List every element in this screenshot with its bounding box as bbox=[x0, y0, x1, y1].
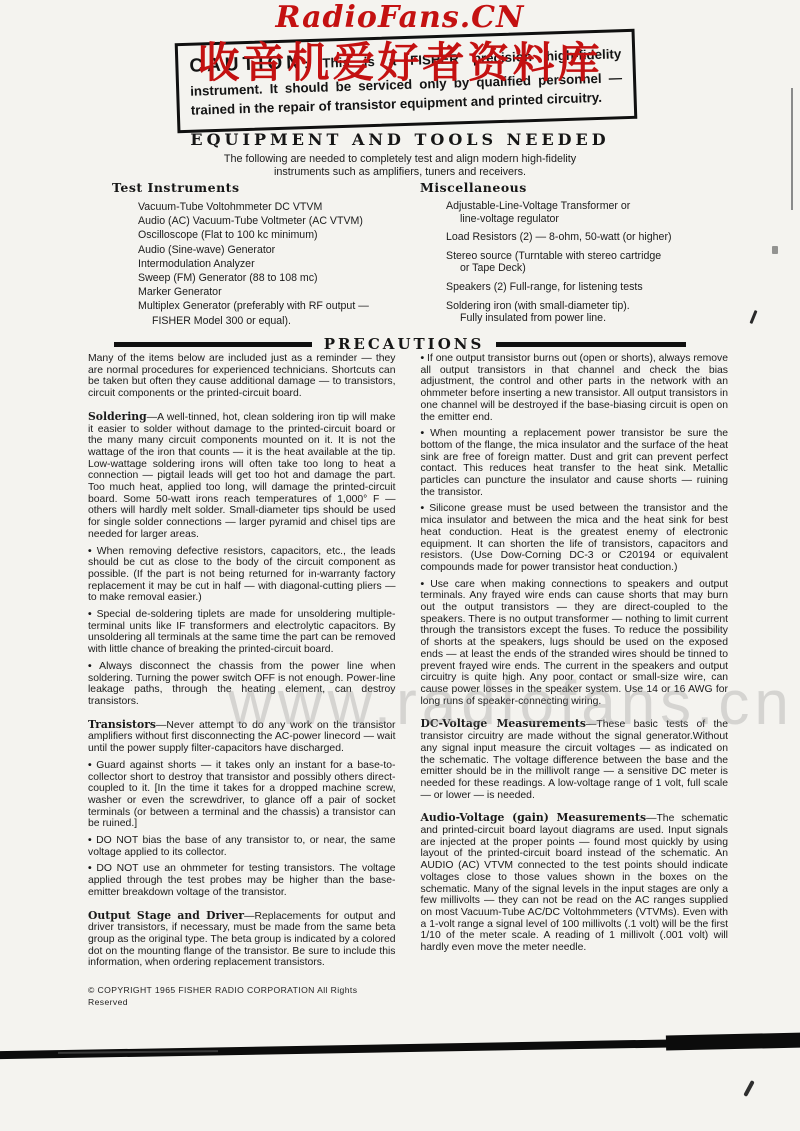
precaution-paragraph: Soldering—A well-tinned, hot, clean sold… bbox=[88, 411, 396, 541]
precautions-title: PRECAUTIONS bbox=[324, 335, 485, 353]
paragraph-lead: Audio-Voltage (gain) Measurements bbox=[421, 811, 647, 824]
bullet-icon: • bbox=[421, 428, 431, 439]
precaution-paragraph: Output Stage and Driver—Replacements for… bbox=[88, 910, 396, 970]
list-item: Sweep (FM) Generator (88 to 108 mc) bbox=[138, 271, 420, 285]
bullet-icon: • bbox=[421, 503, 430, 514]
paragraph-lead: Output Stage and Driver bbox=[88, 909, 244, 922]
miscellaneous-list: Adjustable-Line-Voltage Transformer or l… bbox=[420, 200, 730, 325]
miscellaneous-section: Miscellaneous Adjustable-Line-Voltage Tr… bbox=[420, 180, 730, 331]
list-item: Speakers (2) Full-range, for listening t… bbox=[446, 281, 730, 294]
precaution-paragraph: Audio-Voltage (gain) Measurements—The sc… bbox=[421, 812, 729, 953]
precaution-paragraph: • If one output transistor burns out (op… bbox=[421, 353, 729, 423]
precaution-paragraph: • DO NOT bias the base of any transistor… bbox=[88, 835, 396, 858]
list-item: Marker Generator bbox=[138, 285, 420, 299]
paragraph-lead: Soldering bbox=[88, 410, 147, 423]
list-item: Adjustable-Line-Voltage Transformer or l… bbox=[446, 200, 730, 225]
precaution-paragraph: • When removing defective resistors, cap… bbox=[88, 546, 396, 605]
bullet-icon: • bbox=[88, 609, 97, 620]
scan-artifact-slash bbox=[749, 310, 757, 324]
miscellaneous-heading: Miscellaneous bbox=[420, 180, 730, 195]
list-item: Audio (AC) Vacuum-Tube Voltmeter (AC VTV… bbox=[138, 214, 420, 228]
paragraph-lead: Transistors bbox=[88, 718, 156, 731]
bullet-icon: • bbox=[421, 353, 428, 364]
precautions-rule-left bbox=[114, 342, 312, 347]
precaution-paragraph: • Special de-soldering tiplets are made … bbox=[88, 609, 396, 656]
test-instruments-list: Vacuum-Tube Voltohmmeter DC VTVMAudio (A… bbox=[112, 200, 420, 328]
faint-watermark: www.radiofans.cn bbox=[228, 668, 794, 739]
bullet-icon: • bbox=[88, 760, 96, 771]
equipment-title: EQUIPMENT AND TOOLS NEEDED bbox=[0, 130, 800, 149]
list-item: Load Resistors (2) — 8-ohm, 50-watt (or … bbox=[446, 231, 730, 244]
copyright-line: © COPYRIGHT 1965 FISHER RADIO CORPORATIO… bbox=[88, 985, 396, 1008]
watermark-subtitle: 收音机爱好者资料库 bbox=[0, 30, 800, 90]
precautions-header: PRECAUTIONS bbox=[0, 334, 800, 354]
precaution-paragraph: Many of the items below are included jus… bbox=[88, 353, 396, 400]
equipment-lists: Test Instruments Vacuum-Tube Voltohmmete… bbox=[112, 180, 730, 331]
pen-mark bbox=[743, 1080, 755, 1097]
bullet-icon: • bbox=[421, 579, 431, 590]
list-item: Audio (Sine-wave) Generator bbox=[138, 243, 420, 257]
precaution-paragraph: • Silicone grease must be used between t… bbox=[421, 503, 729, 573]
bullet-icon: • bbox=[88, 546, 97, 557]
list-item: Intermodulation Analyzer bbox=[138, 257, 420, 271]
bullet-icon: • bbox=[88, 863, 96, 874]
list-item: Multiplex Generator (preferably with RF … bbox=[138, 299, 420, 327]
test-instruments-heading: Test Instruments bbox=[112, 180, 420, 195]
document-page: RadioFans.CN 收音机爱好者资料库 CAUTION: This is … bbox=[0, 0, 800, 1131]
precaution-paragraph: • Guard against shorts — it takes only a… bbox=[88, 760, 396, 830]
scan-edge-band-right bbox=[666, 1033, 800, 1051]
bullet-icon: • bbox=[88, 835, 96, 846]
bullet-icon: • bbox=[88, 661, 99, 672]
precaution-paragraph: • DO NOT use an ohmmeter for testing tra… bbox=[88, 863, 396, 898]
equipment-intro: The following are needed to completely t… bbox=[0, 153, 800, 179]
precaution-paragraph: • When mounting a replacement power tran… bbox=[421, 428, 729, 498]
scan-artifact-line bbox=[791, 88, 793, 210]
list-item: Vacuum-Tube Voltohmmeter DC VTVM bbox=[138, 200, 420, 214]
test-instruments-section: Test Instruments Vacuum-Tube Voltohmmete… bbox=[112, 180, 420, 331]
list-item: Soldering iron (with small-diameter tip)… bbox=[446, 300, 730, 325]
precautions-rule-right bbox=[496, 342, 686, 347]
scan-artifact-smudge bbox=[772, 246, 778, 254]
list-item: Stereo source (Turntable with stereo car… bbox=[446, 250, 730, 275]
list-item: Oscilloscope (Flat to 100 kc minimum) bbox=[138, 228, 420, 242]
